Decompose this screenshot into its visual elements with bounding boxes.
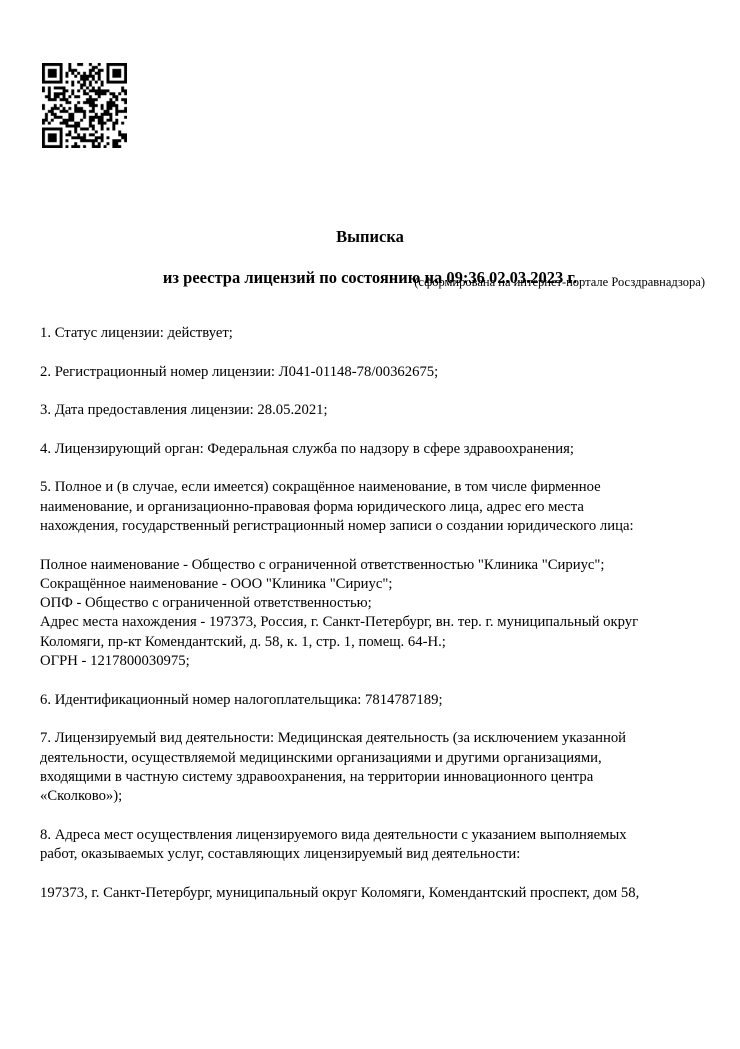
title-line-1: Выписка xyxy=(0,227,740,248)
paragraph-status: 1. Статус лицензии: действует; xyxy=(40,324,710,343)
document-subtitle: (сформирована на интернет-портале Росздр… xyxy=(414,275,705,290)
document-page: Выписка из реестра лицензий по состоянию… xyxy=(0,0,740,1049)
paragraph-entity-details: Полное наименование - Общество с огранич… xyxy=(40,556,710,672)
paragraph-addresses-heading: 8. Адреса мест осуществления лицензируем… xyxy=(40,826,710,865)
paragraph-grant-date: 3. Дата предоставления лицензии: 28.05.2… xyxy=(40,401,710,420)
paragraph-entity-heading: 5. Полное и (в случае, если имеется) сок… xyxy=(40,478,710,536)
document-body: 1. Статус лицензии: действует; 2. Регист… xyxy=(40,324,710,922)
qr-code xyxy=(42,63,127,148)
paragraph-address-line: 197373, г. Санкт-Петербург, муниципальны… xyxy=(40,884,710,903)
paragraph-inn: 6. Идентификационный номер налогоплатель… xyxy=(40,691,710,710)
paragraph-licensing-authority: 4. Лицензирующий орган: Федеральная служ… xyxy=(40,440,710,459)
paragraph-activity-type: 7. Лицензируемый вид деятельности: Медиц… xyxy=(40,729,710,806)
document-title: Выписка из реестра лицензий по состоянию… xyxy=(0,206,740,309)
paragraph-reg-number: 2. Регистрационный номер лицензии: Л041-… xyxy=(40,363,710,382)
